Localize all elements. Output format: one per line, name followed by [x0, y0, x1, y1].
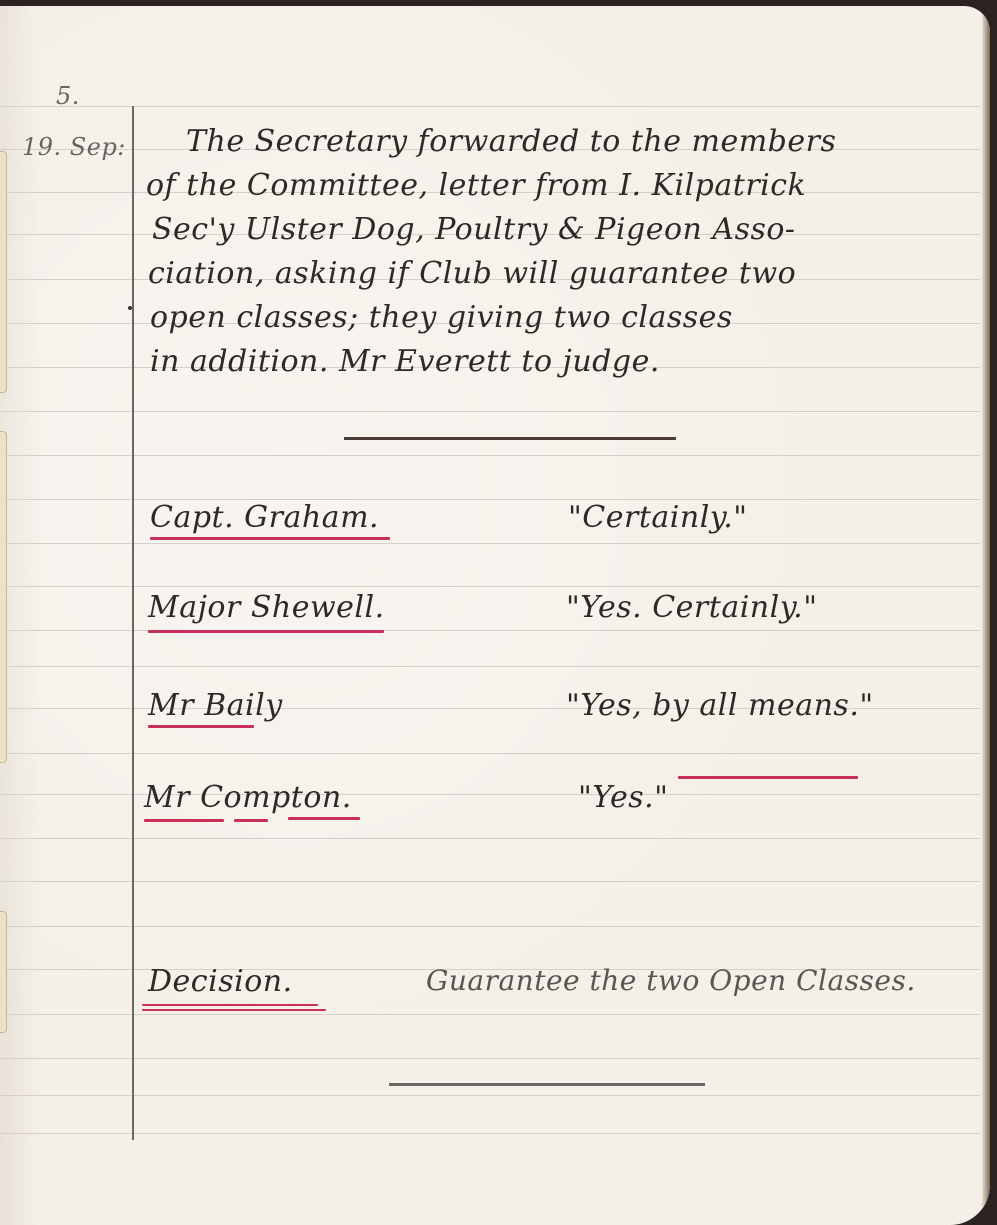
name-underline [148, 725, 254, 728]
decision-text: Guarantee the two Open Classes. [426, 964, 916, 997]
ruled-line [0, 1095, 980, 1096]
ruled-line [0, 881, 980, 882]
ruled-line [0, 411, 980, 412]
entry-date: 19. Sep: [22, 133, 126, 161]
ruled-line [0, 666, 980, 667]
minute-line: in addition. Mr Everett to judge. [150, 344, 660, 379]
ruled-line [0, 1133, 980, 1134]
ruled-line [0, 926, 980, 927]
margin-line [132, 106, 134, 1140]
binding-stitch [0, 151, 7, 393]
minute-line: open classes; they giving two classes [150, 300, 733, 335]
name-underline [288, 817, 360, 820]
decision-underline [142, 1009, 326, 1011]
ruled-line [0, 106, 980, 107]
member-reply: "Yes, by all means." [566, 688, 874, 723]
ruled-line [0, 838, 980, 839]
ruled-line [0, 1014, 980, 1015]
ruled-line [0, 753, 980, 754]
name-underline [144, 819, 224, 822]
member-reply: "Yes." [578, 780, 668, 815]
decision-underline [142, 1004, 318, 1006]
member-name: Mr Baily [148, 688, 283, 723]
end-divider [389, 1083, 705, 1086]
minute-line: The Secretary forwarded to the members [186, 124, 836, 159]
member-name: Mr Compton. [144, 780, 352, 815]
minute-line: ciation, asking if Club will guarantee t… [148, 256, 796, 291]
member-name: Capt. Graham. [150, 500, 379, 535]
decision-label: Decision. [148, 964, 293, 999]
minute-line: Sec'y Ulster Dog, Poultry & Pigeon Asso- [152, 212, 796, 247]
ruled-line [0, 630, 980, 631]
ink-dot [128, 306, 132, 310]
name-underline [234, 819, 268, 822]
member-reply: "Certainly." [568, 500, 748, 535]
ruled-line [0, 499, 980, 500]
notebook-page: 5. 19. Sep: The Secretary forwarded to t… [0, 6, 990, 1225]
red-line-mark [678, 776, 858, 779]
name-underline [148, 630, 384, 633]
minute-line: of the Committee, letter from I. Kilpatr… [146, 168, 806, 203]
member-reply: "Yes. Certainly." [566, 590, 818, 625]
ruled-line [0, 586, 980, 587]
section-divider [344, 437, 676, 440]
page-edge [982, 6, 990, 1225]
member-name: Major Shewell. [148, 590, 385, 625]
page-number: 5. [56, 82, 80, 110]
binding-stitch [0, 911, 7, 1033]
name-underline [150, 537, 390, 540]
ruled-line [0, 543, 980, 544]
ruled-line [0, 455, 980, 456]
ruled-line [0, 1058, 980, 1059]
binding-stitch [0, 431, 7, 763]
